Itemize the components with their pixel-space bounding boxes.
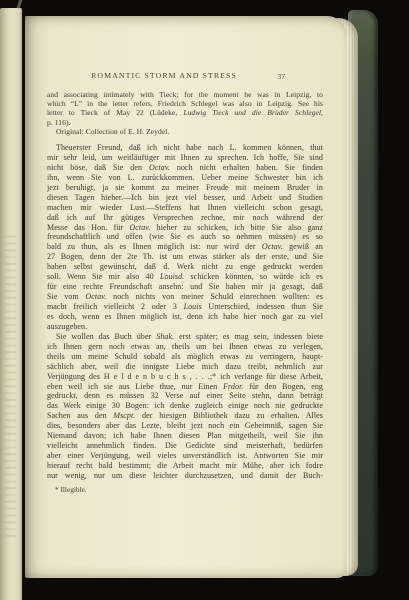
footnote-text: * Illegible. [55,485,87,494]
text-line: es doch, wenn es Ihnen möglich ist, denn… [47,312,323,322]
text-line: machen mir wieder Lust.—Steffens hat Ihn… [47,203,323,213]
text-line: das Werk einige 30 Bogen: ich denke zugl… [47,401,323,411]
text-line: which “L” in the letter refers. Friedric… [47,99,323,108]
text-line: freundschaftlich und offen (wie Sie es a… [47,232,323,242]
book-photo: ROMANTIC STORM AND STRESS 37 and associa… [0,0,409,600]
text-line: theils um meine Schuld sobald als möglic… [47,352,323,362]
text-line: ihn, wenn Sie von L. zurückkommen. Ueber… [47,173,323,183]
text-line: vielleicht annehmlich finden. Die Gedich… [47,441,323,451]
text-line: and associating intimately with Tieck; f… [47,90,323,99]
text-line: auszugeben. [47,322,323,332]
text-line: daß ich auf Ihr gütiges Versprechen rech… [47,213,323,223]
text-line: dies, besonders aber das Lezte, bleibt j… [47,421,323,431]
text-line: macht freilich vielleicht 2 oder 3 Louis… [47,302,323,312]
text-line: Messe das Hon. für Octav. hieher zu schi… [47,223,323,233]
text-line: Sie vom Octav. noch nichts von meiner Sc… [47,292,323,302]
text-line: nicht böse, daß Sie den Octav. noch nich… [47,163,323,173]
book-page: ROMANTIC STORM AND STRESS 37 and associa… [25,16,347,578]
footnote: * Illegible. [55,485,315,494]
text-line: Niemand davon; ich habe Ihnen diesen Pla… [47,431,323,441]
text-line: bald zu thun, als es Ihnen möglich ist: … [47,242,323,252]
letter-text: Theuerster Freund, daß ich nicht habe na… [47,143,323,481]
text-line: eben weil ich sie aus Liebe thue, nur Ei… [47,382,323,392]
editorial-note: and associating intimately with Tieck; f… [47,90,323,136]
text-line: aber einer Verjüngung, weil vieles unver… [47,451,323,461]
text-line: Sie wollen das Buch über Shak. erst spät… [47,332,323,342]
text-line: letter to Tieck of May 22 (Lüdeke, Ludwi… [47,108,323,117]
text-line: soll. Wenn Sie mir also 40 Louisd. schic… [47,272,323,282]
page-number: 37 [277,72,285,81]
text-line: sächlich aber, weil die innigste Liebe m… [47,362,323,372]
text-line: mir sehr leid, um weitläuftiger mit Ihne… [47,153,323,163]
text-line: ich Ihnen gern noch etwas an, theils um … [47,342,323,352]
text-line: Original: Collection of E. H. Zeydel. [47,127,323,136]
running-head: ROMANTIC STORM AND STRESS 37 [47,71,323,83]
text-line: nur wenig, nur um diese leichter durchzu… [47,471,323,481]
text-line: für eine rechte Freundschaft ansehn: und… [47,282,323,292]
text-line: 27 Bogen, denn der 2te Th. ist um etwas … [47,252,323,262]
text-line: haben selbst gewünscht, daß d. Werk nich… [47,262,323,272]
facing-page-edge [0,8,22,600]
text-line: jezt beruhigt, ja sie kommt zu meiner Fr… [47,183,323,193]
running-title: ROMANTIC STORM AND STRESS [47,71,281,80]
text-line: Sachen aus den Mscpt. der hiesigen Bibli… [47,411,323,421]
text-line: hierauf recht bald bestimmt; die Arbeit … [47,461,323,471]
text-line: diesen Tagen hieher.—Ich bin jezt viel b… [47,193,323,203]
text-line: Theuerster Freund, daß ich nicht habe na… [47,143,323,153]
text-line: Verjüngung des H e l d e n b u c h s , .… [47,372,323,382]
text-line: gedruckt, denn es müssen 32 Verse auf ei… [47,391,323,401]
facing-page-showthrough-text [5,236,16,541]
text-line: p. 116). [47,118,323,127]
